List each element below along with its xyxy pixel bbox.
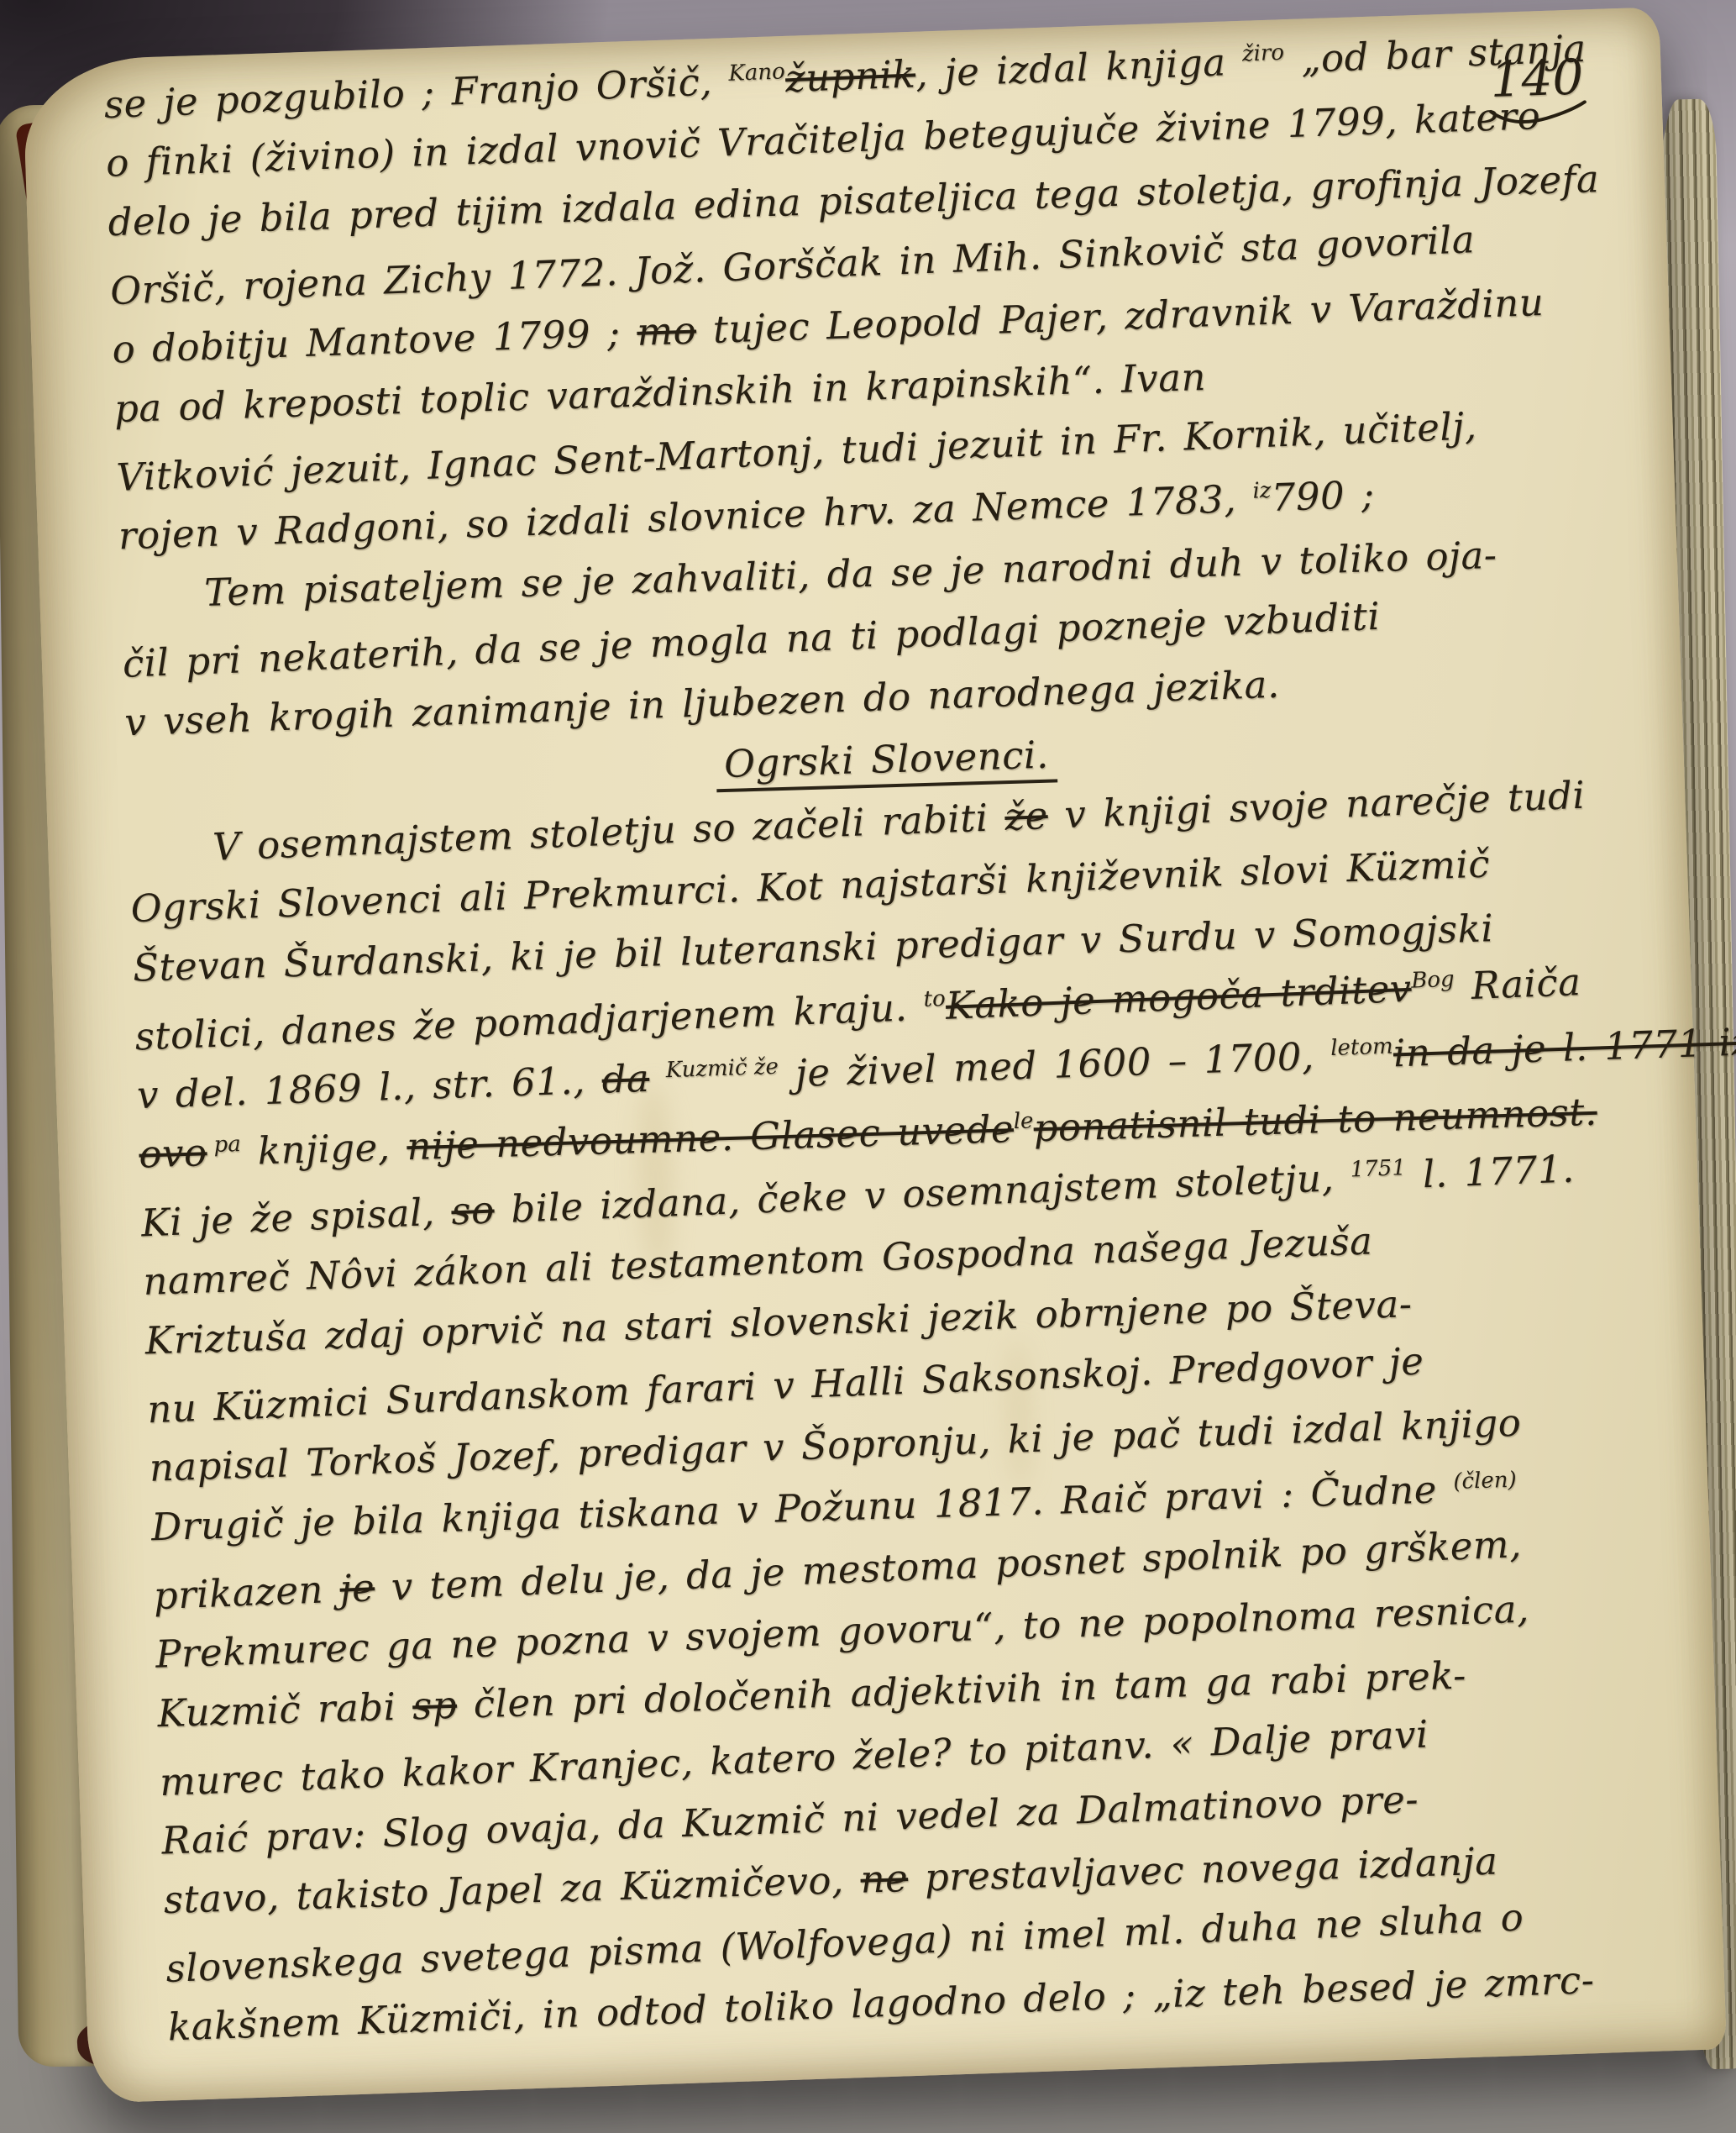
manuscript-text: se je pozgubilo ; Franjo Oršič, Kanožupn… [103, 29, 1689, 2078]
inserted-text: 1751 [1350, 1155, 1406, 1182]
struck-text: župnik [784, 51, 916, 101]
handwritten-text: Ki je že spisal, [140, 1189, 452, 1245]
inserted-text: letom [1330, 1034, 1393, 1061]
handwritten-text: se je pozgubilo ; Franjo Oršič, [103, 59, 730, 127]
struck-text: sp [412, 1683, 457, 1729]
inserted-text: iz [1252, 478, 1272, 504]
handwritten-text: Kuzmič rabi [157, 1684, 413, 1736]
handwritten-text: Raiča [1454, 959, 1581, 1009]
handwritten-text: prikazen [153, 1567, 341, 1618]
handwritten-text: „od bar stanja [1283, 26, 1587, 82]
handwritten-text: Ogrski Slovenci. [715, 732, 1057, 792]
struck-text: so [450, 1187, 495, 1233]
handwritten-text: l. 1771. [1405, 1147, 1576, 1198]
book-page: 140 se je pozgubilo ; Franjo Oršič, Kano… [22, 7, 1727, 2103]
struck-text: ne [860, 1856, 909, 1902]
handwritten-text: 790 ; [1271, 472, 1376, 520]
handwritten-text: , je izdal knjiga [915, 39, 1243, 97]
struck-text: ovo [139, 1130, 208, 1176]
inserted-text: (člen) [1453, 1468, 1517, 1495]
struck-text: že [1004, 793, 1048, 839]
inserted-text: pa [207, 1132, 241, 1158]
handwritten-text [648, 1055, 667, 1101]
inserted-text: to [923, 986, 946, 1012]
inserted-text: le [1013, 1108, 1034, 1134]
inserted-text: žiro [1241, 40, 1284, 67]
inserted-text: Kuzmič že [665, 1054, 779, 1083]
inserted-text: Kano [728, 59, 785, 87]
struck-text: je [339, 1565, 376, 1611]
struck-text: da [601, 1056, 650, 1102]
struck-text: mo [636, 308, 696, 355]
inserted-text: Bog [1411, 967, 1455, 994]
handwritten-text: knjige, [240, 1124, 407, 1174]
